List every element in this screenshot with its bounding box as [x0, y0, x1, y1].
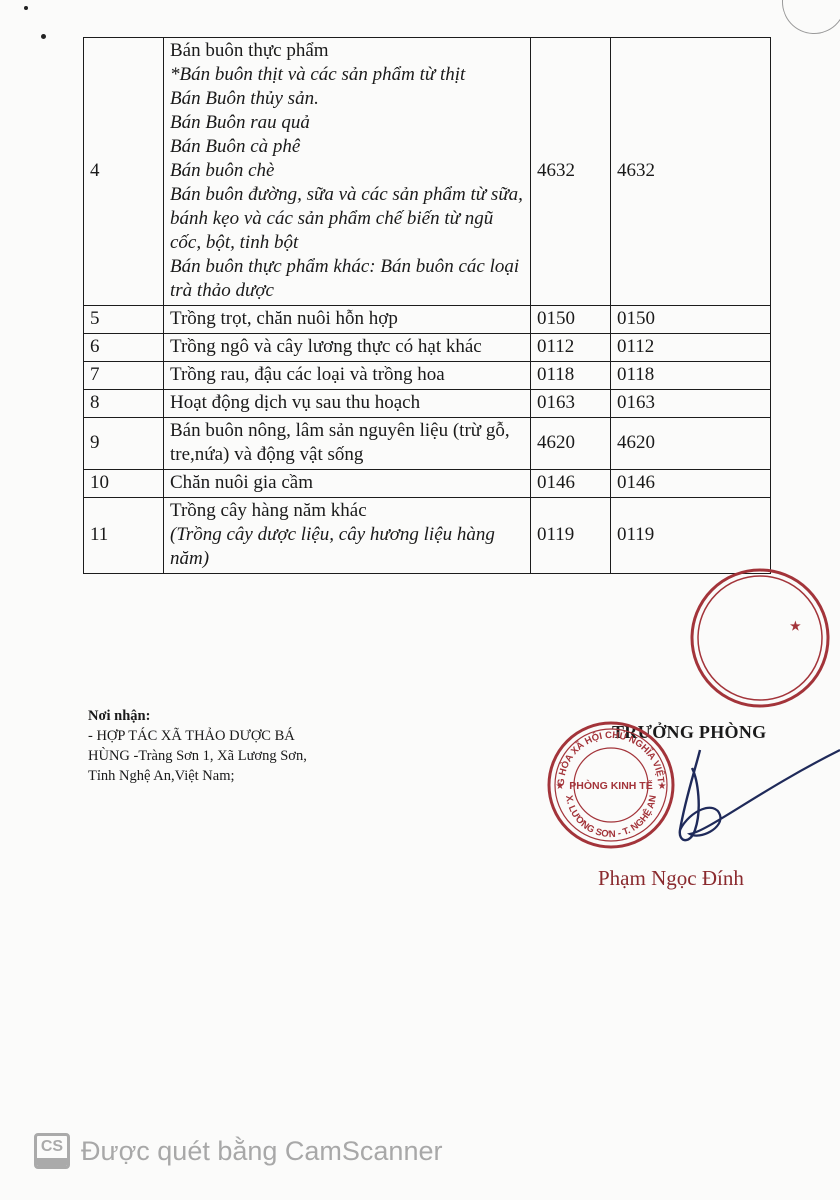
industry-code: 0119 [531, 498, 611, 574]
activity-line: Trồng rau, đậu các loại và trồng hoa [170, 363, 524, 387]
table-body: 4Bán buôn thực phẩm*Bán buôn thịt và các… [84, 38, 771, 574]
table-row: 10Chăn nuôi gia cầm01460146 [84, 470, 771, 498]
activity-line: Bán buôn đường, sữa và các sản phẩm từ s… [170, 183, 524, 255]
watermark-text: Được quét bằng CamScanner [81, 1136, 442, 1167]
industry-code: 0163 [531, 390, 611, 418]
activity-name: Hoạt động dịch vụ sau thu hoạch [164, 390, 531, 418]
activity-line: Bán buôn nông, lâm sản nguyên liệu (trừ … [170, 419, 524, 467]
row-number: 7 [84, 362, 164, 390]
row-number: 4 [84, 38, 164, 306]
recipient-heading: Nơi nhận: [88, 706, 307, 726]
table-row: 6Trồng ngô và cây lương thực có hạt khác… [84, 334, 771, 362]
row-number: 9 [84, 418, 164, 470]
recipient-line: HÙNG -Tràng Sơn 1, Xã Lương Sơn, [88, 746, 307, 766]
industry-code: 0146 [531, 470, 611, 498]
registered-code: 0146 [611, 470, 771, 498]
row-number: 10 [84, 470, 164, 498]
activity-line: Bán Buôn thủy sản. [170, 87, 524, 111]
svg-text:★: ★ [790, 619, 801, 633]
activity-line: Bán Buôn cà phê [170, 135, 524, 159]
row-number: 6 [84, 334, 164, 362]
industry-code: 4632 [531, 38, 611, 306]
registered-code: 0150 [611, 306, 771, 334]
table-row: 8Hoạt động dịch vụ sau thu hoạch01630163 [84, 390, 771, 418]
svg-text:★: ★ [556, 781, 565, 792]
activity-name: Bán buôn nông, lâm sản nguyên liệu (trừ … [164, 418, 531, 470]
business-activities-table: 4Bán buôn thực phẩm*Bán buôn thịt và các… [83, 37, 771, 574]
row-number: 8 [84, 390, 164, 418]
table-row: 5Trồng trọt, chăn nuôi hỗn hợp01500150 [84, 306, 771, 334]
industry-code: 0118 [531, 362, 611, 390]
activity-line: Bán Buôn rau quả [170, 111, 524, 135]
table-row: 4Bán buôn thực phẩm*Bán buôn thịt và các… [84, 38, 771, 306]
recipient-line: Tỉnh Nghệ An,Việt Nam; [88, 766, 307, 786]
industry-code: 0150 [531, 306, 611, 334]
registered-code: 0112 [611, 334, 771, 362]
industry-code: 4620 [531, 418, 611, 470]
activity-line: Trồng trọt, chăn nuôi hỗn hợp [170, 307, 524, 331]
activity-line: Trồng cây hàng năm khác [170, 499, 524, 523]
recipient-line: - HỢP TÁC XÃ THẢO DƯỢC BÁ [88, 726, 307, 746]
scan-corner-mark [773, 0, 840, 43]
row-number: 11 [84, 498, 164, 574]
industry-code: 0112 [531, 334, 611, 362]
registered-code: 4620 [611, 418, 771, 470]
handwritten-signature [640, 730, 840, 860]
scan-speck [41, 34, 46, 39]
activity-name: Trồng ngô và cây lương thực có hạt khác [164, 334, 531, 362]
activity-line: (Trồng cây dược liệu, cây hương liệu hàn… [170, 523, 524, 571]
activity-line: Chăn nuôi gia cầm [170, 471, 524, 495]
camscanner-logo-icon: CS [34, 1133, 70, 1169]
activity-name: Bán buôn thực phẩm*Bán buôn thịt và các … [164, 38, 531, 306]
table-row: 11Trồng cây hàng năm khác(Trồng cây dược… [84, 498, 771, 574]
partial-stamp-right-edge: ★ [690, 560, 840, 720]
camscanner-watermark: CS Được quét bằng CamScanner [34, 1133, 442, 1169]
registered-code: 4632 [611, 38, 771, 306]
activity-name: Trồng rau, đậu các loại và trồng hoa [164, 362, 531, 390]
table-row: 7Trồng rau, đậu các loại và trồng hoa011… [84, 362, 771, 390]
table-row: 9Bán buôn nông, lâm sản nguyên liệu (trừ… [84, 418, 771, 470]
activity-name: Trồng trọt, chăn nuôi hỗn hợp [164, 306, 531, 334]
activity-name: Chăn nuôi gia cầm [164, 470, 531, 498]
scan-speck [24, 6, 28, 10]
registered-code: 0163 [611, 390, 771, 418]
activity-line: Trồng ngô và cây lương thực có hạt khác [170, 335, 524, 359]
row-number: 5 [84, 306, 164, 334]
signer-name: Phạm Ngọc Đính [598, 866, 744, 891]
activity-line: *Bán buôn thịt và các sản phẩm từ thịt [170, 63, 524, 87]
activity-line: Bán buôn thực phẩm khác: Bán buôn các lo… [170, 255, 524, 303]
activity-line: Bán buôn chè [170, 159, 524, 183]
registered-code: 0118 [611, 362, 771, 390]
activity-line: Bán buôn thực phẩm [170, 39, 524, 63]
recipient-block: Nơi nhận: - HỢP TÁC XÃ THẢO DƯỢC BÁ HÙNG… [88, 706, 307, 786]
activity-name: Trồng cây hàng năm khác(Trồng cây dược l… [164, 498, 531, 574]
activity-line: Hoạt động dịch vụ sau thu hoạch [170, 391, 524, 415]
